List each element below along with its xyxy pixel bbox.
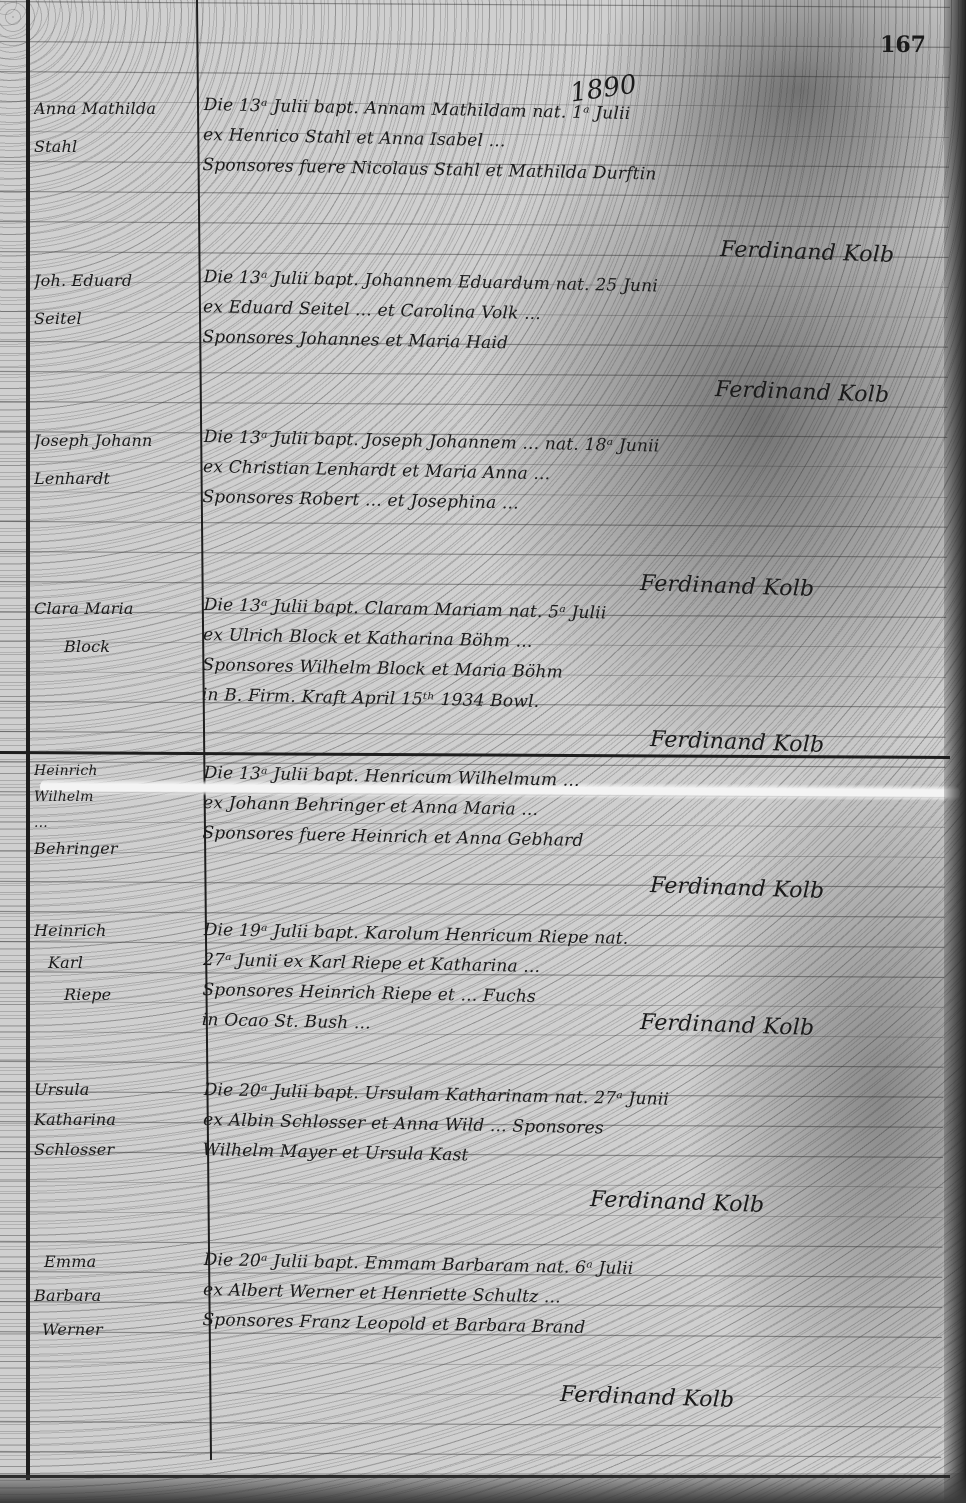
surname: Behringer — [34, 836, 194, 862]
given-names: Barbara — [34, 1279, 194, 1313]
given-names: Emma — [34, 1245, 194, 1279]
given-names: Wilhelm — [34, 784, 194, 810]
child-name-margin: Emma Barbara Werner — [34, 1245, 194, 1347]
surname: Seitel — [34, 300, 194, 338]
child-name-margin: Clara Maria Block — [34, 590, 194, 666]
child-name-margin: Heinrich Wilhelm ... Behringer — [34, 758, 194, 862]
given-names: Clara Maria — [34, 590, 194, 628]
given-names: ... — [34, 810, 194, 836]
given-names: Karl — [34, 947, 194, 979]
entry-text: Die 13ᵃ Julii bapt. Henricum Wilhelmum .… — [202, 758, 924, 863]
surname: Werner — [34, 1313, 194, 1347]
given-names: Katharina — [34, 1105, 194, 1135]
entry-text: Die 13ᵃ Julii bapt. Claram Mariam nat. 5… — [201, 590, 923, 725]
surname: Riepe — [34, 979, 194, 1011]
child-name-margin: Joseph Johann Lenhardt — [34, 422, 194, 498]
given-names: Joseph Johann — [34, 422, 194, 460]
surname: Block — [34, 628, 194, 666]
entry-text: Die 19ᵃ Julii bapt. Karolum Henricum Rie… — [201, 915, 923, 1050]
child-name-margin: Ursula Katharina Schlosser — [34, 1075, 194, 1165]
child-name-margin: Anna Mathilda Stahl — [34, 90, 194, 166]
scan-edge-right — [944, 0, 966, 1503]
surname: Lenhardt — [34, 460, 194, 498]
entry-text: Die 13ᵃ Julii bapt. Johannem Eduardum na… — [202, 262, 924, 367]
child-name-margin: Joh. Eduard Seitel — [34, 262, 194, 338]
entry-text: Die 13ᵃ Julii bapt. Annam Mathildam nat.… — [202, 90, 924, 195]
surname: Stahl — [34, 128, 194, 166]
child-name-margin: Heinrich Karl Riepe — [34, 915, 194, 1011]
scan-edge-bottom — [0, 1473, 966, 1503]
given-names: Anna Mathilda — [34, 90, 194, 128]
given-names: Heinrich — [34, 915, 194, 947]
entry-text: Die 13ᵃ Julii bapt. Joseph Johannem ... … — [202, 422, 924, 527]
entry-text: Die 20ᵃ Julii bapt. Emmam Barbaram nat. … — [202, 1245, 924, 1350]
given-names: Ursula — [34, 1075, 194, 1105]
given-names: Joh. Eduard — [34, 262, 194, 300]
margin-rule-outer — [26, 0, 30, 1480]
entry-text: Die 20ᵃ Julii bapt. Ursulam Katharinam n… — [202, 1075, 924, 1180]
page-number: 167 — [880, 32, 926, 58]
given-names: Heinrich — [34, 758, 194, 784]
register-page: 167 1890 Anna Mathilda Stahl Die 13ᵃ Jul… — [0, 0, 966, 1503]
surname: Schlosser — [34, 1135, 194, 1165]
